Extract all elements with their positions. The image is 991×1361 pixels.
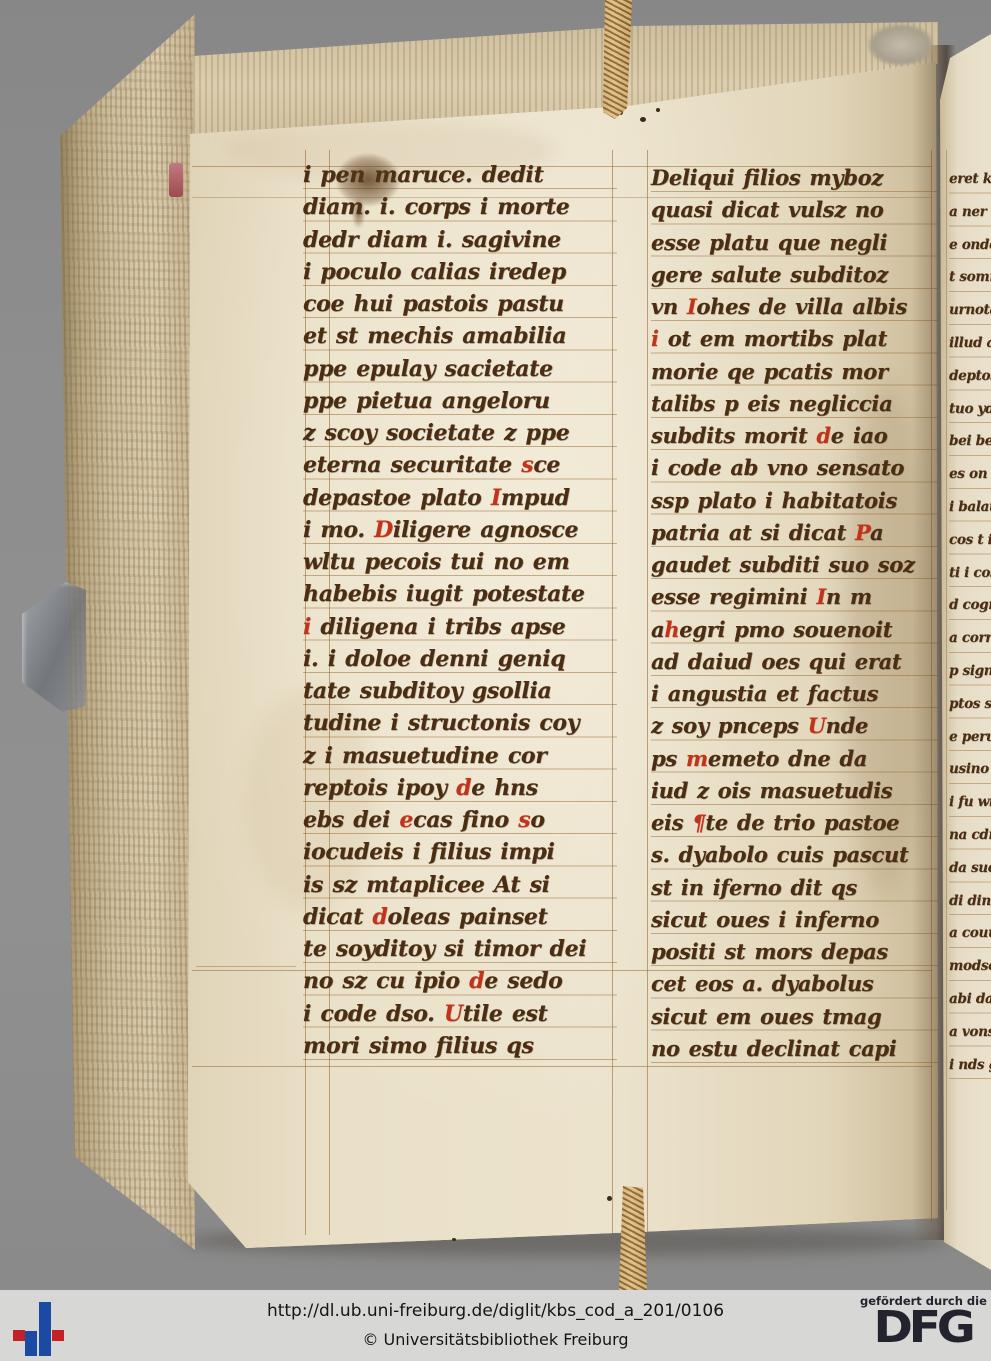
scan-photo-background: i pen maruce. deditdiam. i. corps i mort… <box>0 0 991 1290</box>
dfg-logo: gefördert durch die DFG <box>860 1294 985 1348</box>
manuscript-line: subdits morit de iao <box>651 420 938 452</box>
rubric-mark: d <box>469 968 484 994</box>
manuscript-line: depastoe plato Impud <box>303 482 617 514</box>
copyright-line: © Universitätsbibliothek Freiburg <box>0 1330 991 1349</box>
manuscript-line: i nds ge <box>949 1049 991 1082</box>
manuscript-line: a corresar <box>949 622 991 655</box>
manuscript-line: d cognos <box>949 589 991 622</box>
rubric-mark: e <box>399 807 413 833</box>
manuscript-line: dedr diam i. sagivine <box>303 224 617 256</box>
manuscript-line: ps memeto dne da <box>651 743 938 775</box>
wormhole-speck <box>640 117 646 122</box>
manuscript-line: vn Iohes de villa albis <box>651 291 938 323</box>
ruling-line-horizontal <box>196 966 296 967</box>
manuscript-line: Deliqui filios myboz <box>651 162 938 194</box>
manuscript-line: usino sign <box>949 753 991 786</box>
manuscript-line: sicut oues i inferno <box>651 904 938 936</box>
manuscript-line: tudine i structonis coy <box>303 707 617 739</box>
manuscript-line: et st mechis amabilia <box>303 320 617 352</box>
manuscript-line: z scoy societate z ppe <box>303 417 617 449</box>
manuscript-line: i poculo calias iredep <box>303 256 617 288</box>
manuscript-line: positi st mors depas <box>651 936 938 968</box>
red-page-marker-tab <box>169 163 183 197</box>
manuscript-line: esse platu que negli <box>651 227 938 259</box>
manuscript-line: ebs dei ecas fino so <box>303 804 617 836</box>
manuscript-line: e onde ay <box>949 229 991 262</box>
bookmark-ribbon-top <box>599 0 632 121</box>
manuscript-line: habebis iugit potestate <box>303 578 617 610</box>
manuscript-line: z soy pnceps Unde <box>651 710 938 742</box>
manuscript-line: dicat doleas painset <box>303 901 617 933</box>
manuscript-line: i. i doloe denni geniq <box>303 643 617 675</box>
rubric-mark: d <box>372 904 387 930</box>
manuscript-line: tuo ydo <box>949 393 991 426</box>
manuscript-line: t somnes <box>949 261 991 294</box>
manuscript-line: coe hui pastois pastu <box>303 288 617 320</box>
dfg-wordmark: DFG <box>855 1308 990 1348</box>
manuscript-line: eis ¶te de trio pastoe <box>651 807 938 839</box>
rubric-mark: i <box>651 326 659 351</box>
ruling-line-horizontal <box>192 1066 932 1067</box>
manuscript-line: reptois ipoy de hns <box>303 772 617 804</box>
manuscript-line: eret k port <box>949 163 991 196</box>
manuscript-line: ti i cosy <box>949 557 991 590</box>
manuscript-line: i mo. Diligere agnosce <box>303 514 617 546</box>
rubric-mark: d <box>456 775 471 801</box>
manuscript-line: ppe epulay sacietate <box>303 353 617 385</box>
wormhole-speck <box>656 108 660 112</box>
rubric-mark: U <box>808 713 826 738</box>
manuscript-line: p signo fie <box>949 655 991 688</box>
manuscript-line: ssp plato i habitatois <box>651 485 938 517</box>
manuscript-line: modse a <box>949 950 991 983</box>
manuscript-line: i code dso. Utile est <box>303 998 617 1030</box>
rubric-mark: D <box>374 517 393 543</box>
manuscript-line: e perue i <box>949 721 991 754</box>
book-cradle-clamp <box>22 582 86 712</box>
manuscript-line: abi dattes <box>949 983 991 1016</box>
footer-bar: http://dl.ub.uni-freiburg.de/diglit/kbs_… <box>0 1290 991 1361</box>
manuscript-line: es on qvo <box>949 458 991 491</box>
manuscript-line: ptos signa <box>949 688 991 721</box>
manuscript-text-column-right: Deliqui filios mybozquasi dicat vulsz no… <box>651 162 938 1065</box>
rubric-mark: s <box>521 452 533 478</box>
manuscript-line: patria at si dicat Pa <box>651 517 938 549</box>
manuscript-line: ad daiud oes qui erat <box>651 646 938 678</box>
rubric-mark: ¶ <box>692 810 705 835</box>
manuscript-line: i ot em mortibs plat <box>651 323 938 355</box>
manuscript-line: bei bez z <box>949 425 991 458</box>
manuscript-line: quasi dicat vulsz no <box>651 194 938 226</box>
manuscript-line: gere salute subditoz <box>651 259 938 291</box>
adjacent-page-text-fragments: eret k porta ner tacene onde ayt somnesu… <box>949 163 991 1083</box>
wormhole-speck <box>607 1196 612 1201</box>
headband-debris <box>868 24 934 66</box>
manuscript-line: st in iferno dit qs <box>651 872 938 904</box>
rubric-mark: m <box>686 746 708 771</box>
manuscript-line: na cdne <box>949 819 991 852</box>
manuscript-line: wltu pecois tui no em <box>303 546 617 578</box>
manuscript-line: mori simo filius qs <box>303 1030 617 1062</box>
manuscript-line: eterna securitate sce <box>303 449 617 481</box>
manuscript-line: sicut em oues tmag <box>651 1001 938 1033</box>
manuscript-line: no estu declinat capi <box>651 1033 938 1065</box>
manuscript-line: i diligena i tribs apse <box>303 611 617 643</box>
manuscript-line: a ner tacen <box>949 196 991 229</box>
manuscript-line: urnota l <box>949 294 991 327</box>
manuscript-line: morie qe pcatis mor <box>651 356 938 388</box>
rubric-mark: i <box>303 614 311 640</box>
rubric-mark: I <box>491 485 501 511</box>
manuscript-line: da sue a <box>949 852 991 885</box>
manuscript-line: illud abs <box>949 327 991 360</box>
manuscript-line: tate subditoy gsollia <box>303 675 617 707</box>
source-url: http://dl.ub.uni-freiburg.de/diglit/kbs_… <box>0 1301 991 1321</box>
manuscript-line: ppe pietua angeloru <box>303 385 617 417</box>
digitized-manuscript-page: i pen maruce. deditdiam. i. corps i mort… <box>0 0 991 1361</box>
rubric-mark: h <box>664 617 679 642</box>
ruling-line-vertical <box>946 150 947 1210</box>
manuscript-line: i fu wia <box>949 786 991 819</box>
manuscript-line: i code ab vno sensato <box>651 452 938 484</box>
wormhole-speck <box>452 1238 456 1241</box>
ruling-line-vertical <box>647 150 648 1235</box>
rubric-mark: P <box>855 520 870 545</box>
rubric-mark: d <box>816 423 830 448</box>
manuscript-line: deptos i <box>949 360 991 393</box>
manuscript-line: s. dyabolo cuis pascut <box>651 839 938 871</box>
manuscript-line: te soyditoy si timor dei <box>303 933 617 965</box>
rubric-mark: I <box>816 584 826 609</box>
manuscript-line: iud z ois masuetudis <box>651 775 938 807</box>
manuscript-line: di dinis <box>949 885 991 918</box>
manuscript-line: a vons fi <box>949 1016 991 1049</box>
rubric-mark: s <box>518 807 530 833</box>
manuscript-line: is sz mtaplicee At si <box>303 869 617 901</box>
manuscript-line: i angustia et factus <box>651 678 938 710</box>
ink-blot <box>336 154 400 206</box>
manuscript-line: cet eos a. dyabolus <box>651 968 938 1000</box>
ink-blot <box>352 198 365 228</box>
manuscript-line: gaudet subditi suo soz <box>651 549 938 581</box>
manuscript-line: no sz cu ipio de sedo <box>303 965 617 997</box>
manuscript-line: i balatu <box>949 491 991 524</box>
rubric-mark: U <box>444 1001 463 1027</box>
manuscript-line: talibs p eis negliccia <box>651 388 938 420</box>
manuscript-line: z i masuetudine cor <box>303 740 617 772</box>
manuscript-line: iocudeis i filius impi <box>303 836 617 868</box>
manuscript-text-column-left: i pen maruce. deditdiam. i. corps i mort… <box>303 159 617 1064</box>
manuscript-line: a couues <box>949 917 991 950</box>
manuscript-line: ahegri pmo souenoit <box>651 614 938 646</box>
manuscript-line: cos t i sa <box>949 524 991 557</box>
manuscript-line: esse regimini In m <box>651 581 938 613</box>
rubric-mark: I <box>687 294 697 319</box>
